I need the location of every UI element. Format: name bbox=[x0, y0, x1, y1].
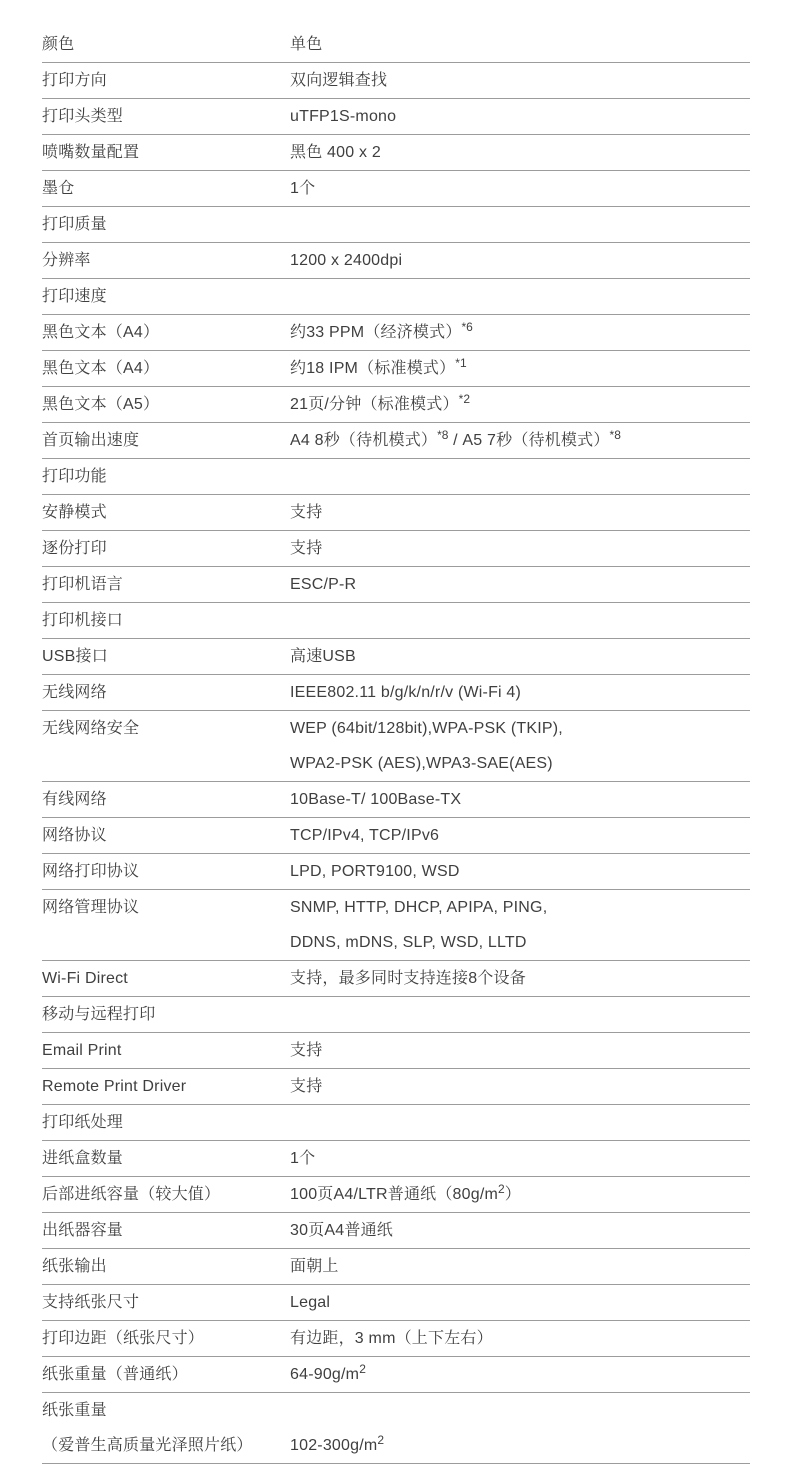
spec-value: 单色 bbox=[290, 27, 750, 62]
spec-value: TCP/IPv4, TCP/IPv6 bbox=[290, 818, 750, 853]
spec-row: 打印纸处理 bbox=[42, 1105, 750, 1141]
spec-row: 纸张重量（普通纸） 64-90g/m2 bbox=[42, 1357, 750, 1393]
spec-value: LPD, PORT9100, WSD bbox=[290, 854, 750, 889]
spec-label: 网络管理协议 bbox=[42, 890, 290, 925]
spec-label: 无线网络 bbox=[42, 675, 290, 710]
spec-row: 黑色文本（A5） 21页/分钟（标准模式）*2 bbox=[42, 387, 750, 423]
spec-value: 双向逻辑查找 bbox=[290, 63, 750, 98]
spec-row: 打印方向 双向逻辑查找 bbox=[42, 63, 750, 99]
spec-value: 21页/分钟（标准模式）*2 bbox=[290, 387, 750, 422]
spec-row: 黑色文本（A4） 约18 IPM（标准模式）*1 bbox=[42, 351, 750, 387]
spec-label: 逐份打印 bbox=[42, 531, 290, 566]
spec-row: 打印机语言 ESC/P-R bbox=[42, 567, 750, 603]
spec-label: 分辨率 bbox=[42, 243, 290, 278]
spec-row: 颜色 单色 bbox=[42, 27, 750, 63]
spec-row: 分辨率 1200 x 2400dpi bbox=[42, 243, 750, 279]
spec-label: 网络协议 bbox=[42, 818, 290, 853]
spec-row: 网络协议 TCP/IPv4, TCP/IPv6 bbox=[42, 818, 750, 854]
spec-value: 10Base-T/ 100Base-TX bbox=[290, 782, 750, 817]
spec-row: 纸张输出 面朝上 bbox=[42, 1249, 750, 1285]
spec-label: 喷嘴数量配置 bbox=[42, 135, 290, 170]
spec-label: 移动与远程打印 bbox=[42, 997, 290, 1032]
spec-label: 有线网络 bbox=[42, 782, 290, 817]
spec-label: 打印头类型 bbox=[42, 99, 290, 134]
spec-label: 墨仓 bbox=[42, 171, 290, 206]
spec-value: 面朝上 bbox=[290, 1249, 750, 1284]
spec-label: 打印速度 bbox=[42, 279, 290, 314]
spec-value: A4 8秒（待机模式）*8 / A5 7秒（待机模式）*8 bbox=[290, 423, 750, 458]
spec-label: 打印质量 bbox=[42, 207, 290, 242]
spec-value: uTFP1S-mono bbox=[290, 99, 750, 134]
spec-label: 打印边距（纸张尺寸） bbox=[42, 1321, 290, 1356]
spec-row: USB接口 高速USB bbox=[42, 639, 750, 675]
spec-row: 网络管理协议 SNMP, HTTP, DHCP, APIPA, PING,DDN… bbox=[42, 890, 750, 961]
spec-label: 纸张重量（普通纸） bbox=[42, 1357, 290, 1392]
spec-label: 进纸盒数量 bbox=[42, 1141, 290, 1176]
spec-label: 打印功能 bbox=[42, 459, 290, 494]
spec-label: 纸张输出 bbox=[42, 1249, 290, 1284]
spec-row: 进纸盒数量 1个 bbox=[42, 1141, 750, 1177]
spec-value: 1200 x 2400dpi bbox=[290, 243, 750, 278]
spec-label: Email Print bbox=[42, 1033, 290, 1068]
spec-label: 纸张重量（爱普生高质量光泽照片纸） bbox=[42, 1393, 290, 1463]
spec-value: 100页A4/LTR普通纸（80g/m2） bbox=[290, 1177, 750, 1212]
spec-row: 逐份打印 支持 bbox=[42, 531, 750, 567]
spec-value: 支持 bbox=[290, 1069, 750, 1104]
spec-value: IEEE802.11 b/g/k/n/r/v (Wi-Fi 4) bbox=[290, 675, 750, 710]
spec-value: 黑色 400 x 2 bbox=[290, 135, 750, 170]
spec-label: Remote Print Driver bbox=[42, 1069, 290, 1104]
spec-value: Legal bbox=[290, 1285, 750, 1320]
spec-value: 1个 bbox=[290, 1141, 750, 1176]
spec-label: 颜色 bbox=[42, 27, 290, 62]
spec-value: SNMP, HTTP, DHCP, APIPA, PING,DDNS, mDNS… bbox=[290, 890, 750, 960]
spec-label: 黑色文本（A4） bbox=[42, 315, 290, 350]
spec-row: 打印机接口 bbox=[42, 603, 750, 639]
spec-label: 打印纸处理 bbox=[42, 1105, 290, 1140]
spec-label: 打印机接口 bbox=[42, 603, 290, 638]
spec-row: 打印速度 bbox=[42, 279, 750, 315]
spec-value: 有边距，3 mm（上下左右） bbox=[290, 1321, 750, 1356]
spec-row: 打印头类型 uTFP1S-mono bbox=[42, 99, 750, 135]
spec-value: 64-90g/m2 bbox=[290, 1357, 750, 1392]
spec-value: 30页A4普通纸 bbox=[290, 1213, 750, 1248]
spec-label: USB接口 bbox=[42, 639, 290, 674]
spec-value: 102-300g/m2 bbox=[290, 1393, 750, 1463]
spec-value: 支持 bbox=[290, 531, 750, 566]
spec-row: 出纸器容量 30页A4普通纸 bbox=[42, 1213, 750, 1249]
spec-label: 打印机语言 bbox=[42, 567, 290, 602]
spec-label: 出纸器容量 bbox=[42, 1213, 290, 1248]
spec-row: 打印功能 bbox=[42, 459, 750, 495]
spec-row: Remote Print Driver 支持 bbox=[42, 1069, 750, 1105]
spec-row: 无线网络 IEEE802.11 b/g/k/n/r/v (Wi-Fi 4) bbox=[42, 675, 750, 711]
spec-row: 打印边距（纸张尺寸） 有边距，3 mm（上下左右） bbox=[42, 1321, 750, 1357]
spec-value: ESC/P-R bbox=[290, 567, 750, 602]
spec-row: 首页输出速度 A4 8秒（待机模式）*8 / A5 7秒（待机模式）*8 bbox=[42, 423, 750, 459]
spec-label: 网络打印协议 bbox=[42, 854, 290, 889]
spec-row: 网络打印协议 LPD, PORT9100, WSD bbox=[42, 854, 750, 890]
spec-row: 安静模式 支持 bbox=[42, 495, 750, 531]
spec-value: 支持 bbox=[290, 1033, 750, 1068]
spec-label: 首页输出速度 bbox=[42, 423, 290, 458]
printer-spec-page: 颜色 单色 打印方向 双向逻辑查找 打印头类型 uTFP1S-mono 喷嘴数量… bbox=[0, 0, 790, 1473]
spec-row: 支持纸张尺寸 Legal bbox=[42, 1285, 750, 1321]
spec-value: 1个 bbox=[290, 171, 750, 206]
spec-value: 高速USB bbox=[290, 639, 750, 674]
spec-row: 无线网络安全 WEP (64bit/128bit),WPA-PSK (TKIP)… bbox=[42, 711, 750, 782]
spec-value: 支持，最多同时支持连接8个设备 bbox=[290, 961, 750, 996]
spec-value: 支持 bbox=[290, 495, 750, 530]
spec-label: 安静模式 bbox=[42, 495, 290, 530]
spec-label: 黑色文本（A4） bbox=[42, 351, 290, 386]
spec-row: 墨仓 1个 bbox=[42, 171, 750, 207]
spec-row: 后部进纸容量（较大值） 100页A4/LTR普通纸（80g/m2） bbox=[42, 1177, 750, 1213]
spec-label: 无线网络安全 bbox=[42, 711, 290, 746]
spec-row: Wi-Fi Direct 支持，最多同时支持连接8个设备 bbox=[42, 961, 750, 997]
spec-label: 打印方向 bbox=[42, 63, 290, 98]
spec-label: 后部进纸容量（较大值） bbox=[42, 1177, 290, 1212]
spec-row: Email Print 支持 bbox=[42, 1033, 750, 1069]
spec-row: 纸张重量（爱普生高质量光泽照片纸） 102-300g/m2 bbox=[42, 1393, 750, 1464]
spec-row: 黑色文本（A4） 约33 PPM（经济模式）*6 bbox=[42, 315, 750, 351]
spec-row: 移动与远程打印 bbox=[42, 997, 750, 1033]
spec-value: 约33 PPM（经济模式）*6 bbox=[290, 315, 750, 350]
spec-value: WEP (64bit/128bit),WPA-PSK (TKIP),WPA2-P… bbox=[290, 711, 750, 781]
spec-row: 喷嘴数量配置 黑色 400 x 2 bbox=[42, 135, 750, 171]
spec-row: 打印质量 bbox=[42, 207, 750, 243]
spec-label: Wi-Fi Direct bbox=[42, 961, 290, 996]
spec-label: 支持纸张尺寸 bbox=[42, 1285, 290, 1320]
spec-value: 约18 IPM（标准模式）*1 bbox=[290, 351, 750, 386]
spec-table: 颜色 单色 打印方向 双向逻辑查找 打印头类型 uTFP1S-mono 喷嘴数量… bbox=[42, 27, 750, 1464]
spec-row: 有线网络 10Base-T/ 100Base-TX bbox=[42, 782, 750, 818]
spec-label: 黑色文本（A5） bbox=[42, 387, 290, 422]
